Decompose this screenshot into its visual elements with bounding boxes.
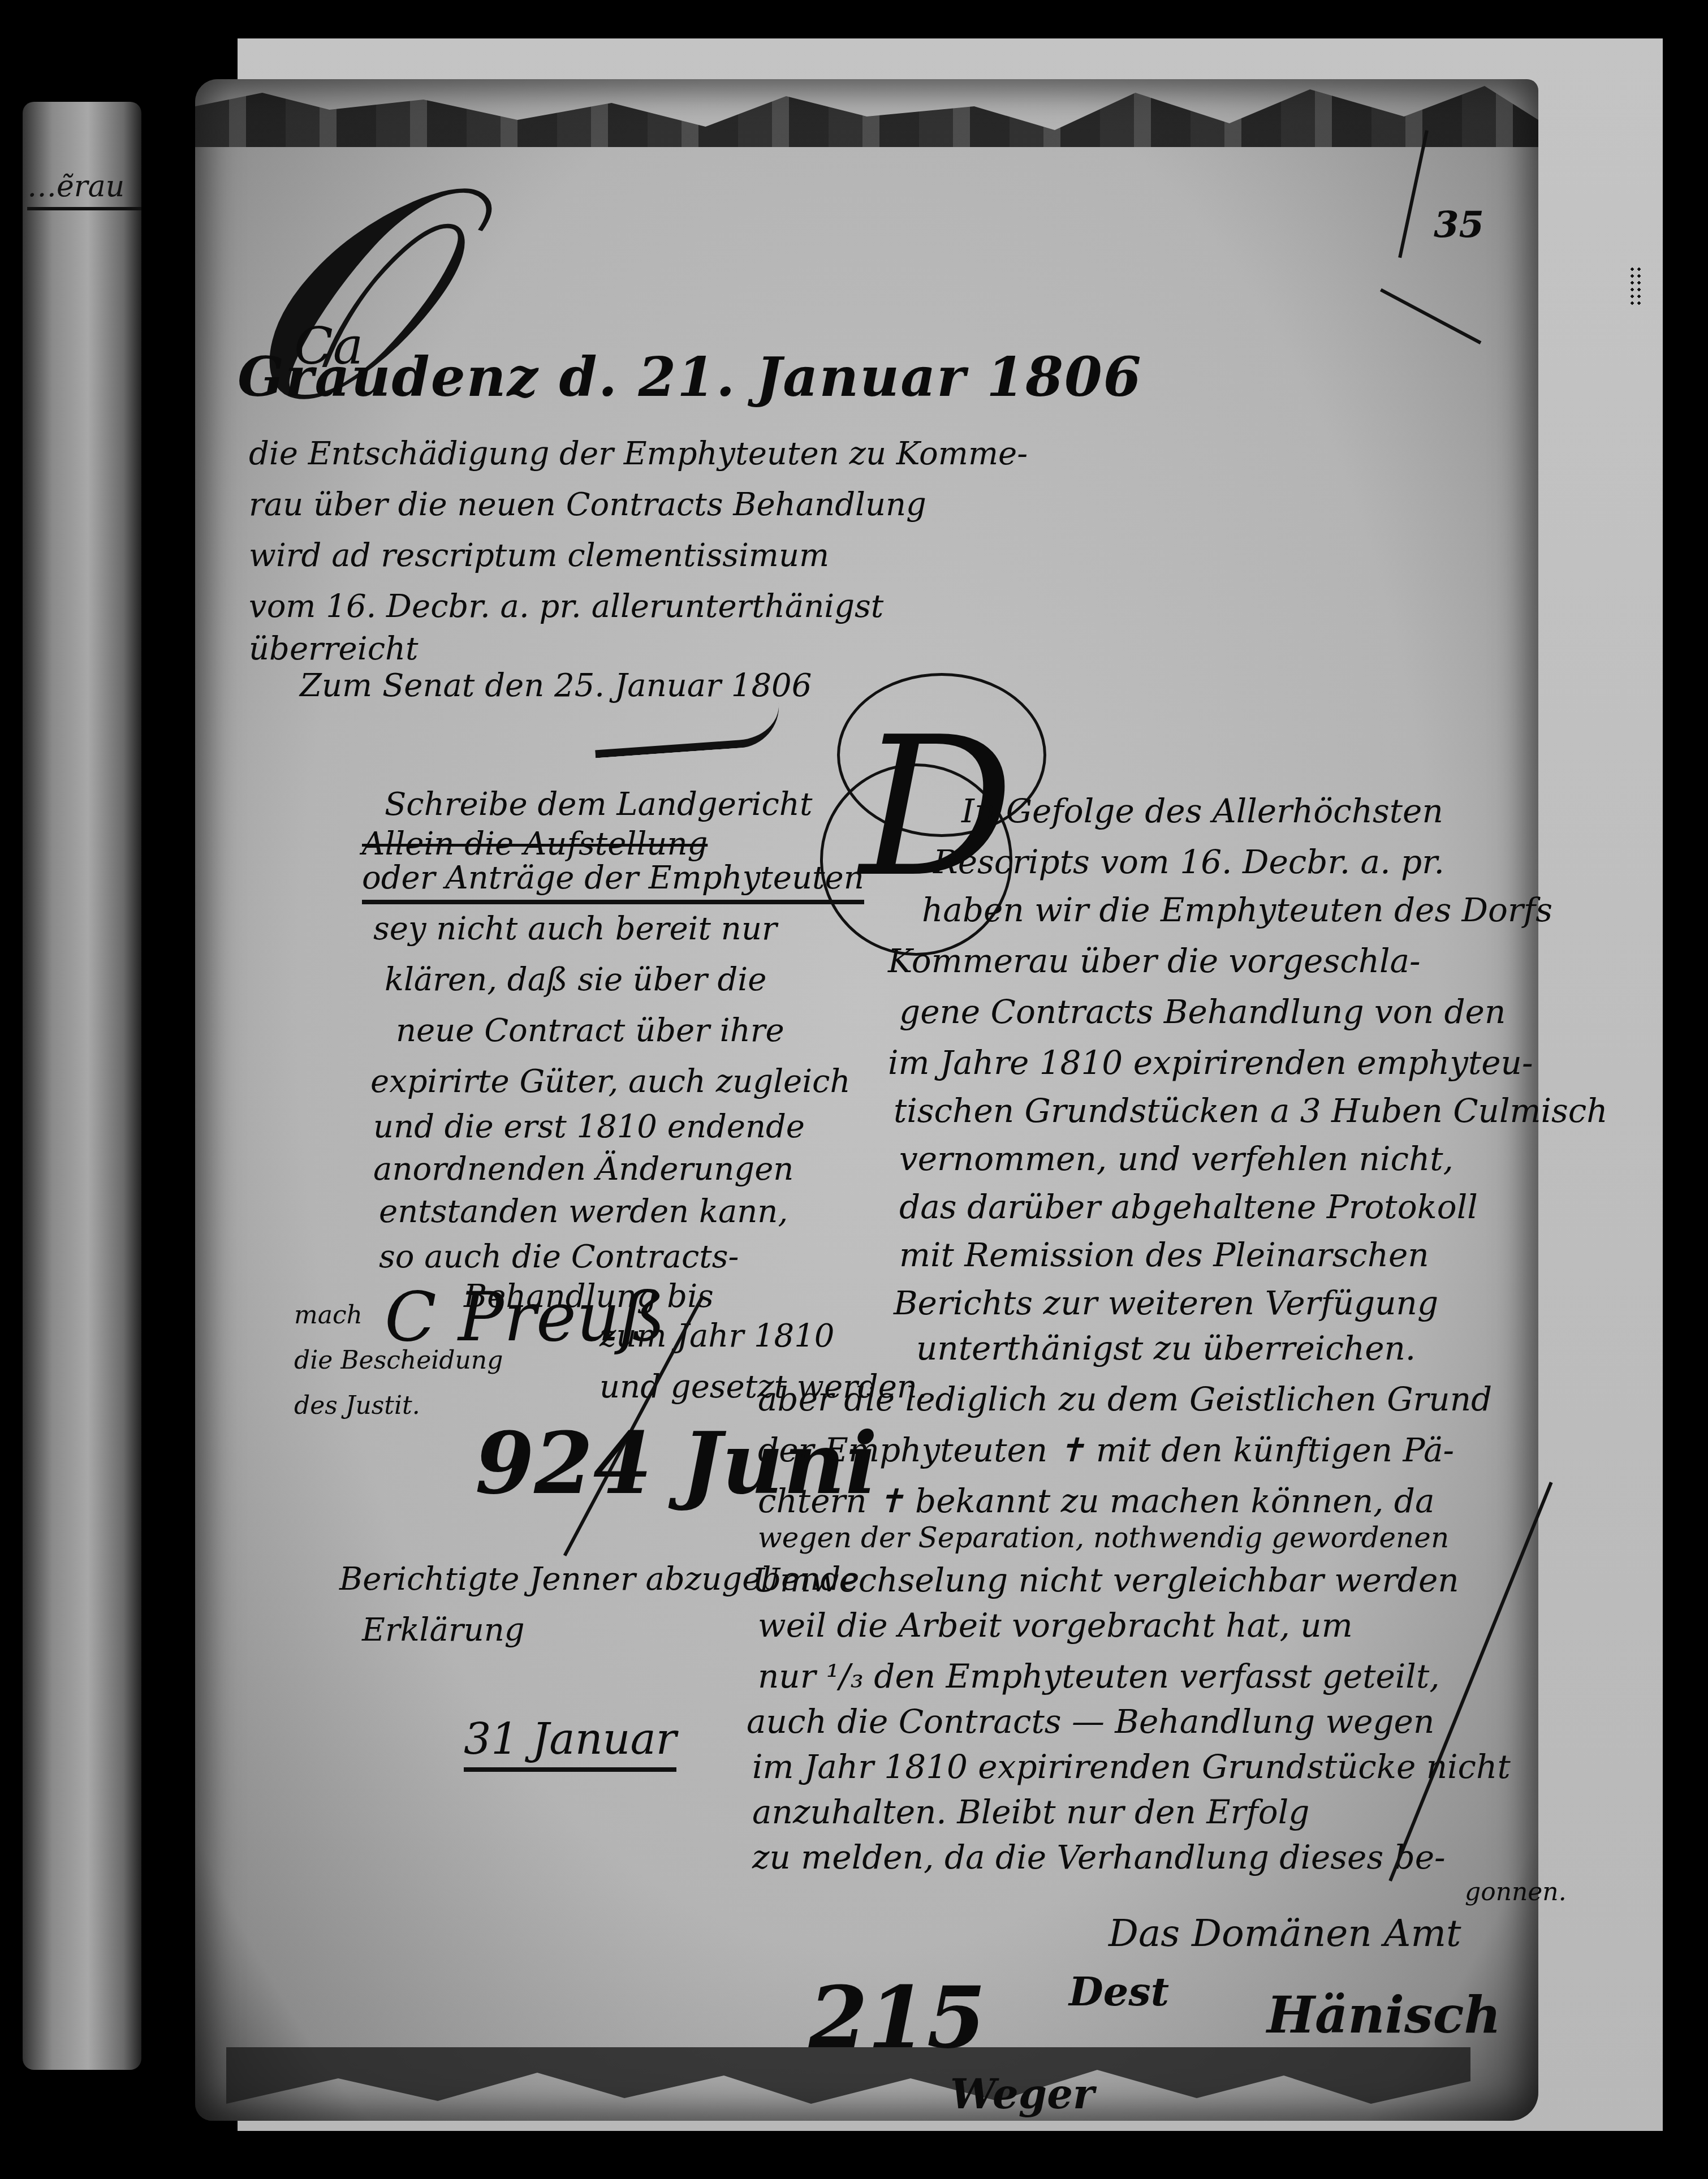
- right-line: im Jahre 1810 expirirenden emphyteu-: [888, 1043, 1533, 1082]
- left-line: anordnenden Änderungen: [373, 1151, 793, 1188]
- right-line: gene Contracts Behandlung von den: [899, 993, 1506, 1031]
- binding-label: …ẽrau: [27, 170, 141, 210]
- right-line: weil die Arbeit vorgebracht hat, um: [758, 1606, 1353, 1645]
- signature: Dest: [1069, 1968, 1169, 2015]
- right-line: Umwechselung nicht vergleichbar werden: [752, 1561, 1459, 1599]
- right-line: unterthänigst zu überreichen.: [916, 1329, 1416, 1367]
- signature-number: 215: [809, 1968, 986, 2068]
- margin-note: mach: [294, 1301, 363, 1330]
- subject-line: die Entschädigung der Emphyteuten zu Kom…: [249, 435, 1028, 472]
- left-line: neue Contract über ihre: [396, 1012, 784, 1049]
- right-line: haben wir die Emphyteuten des Dorfs: [922, 891, 1552, 929]
- subject-line: rau über die neuen Contracts Behandlung: [249, 486, 926, 523]
- received-line: Zum Senat den 25. Januar 1806: [300, 667, 812, 704]
- left-line: oder Anträge der Emphyteuten: [362, 860, 864, 896]
- right-line: der Emphyteuten ✝ mit den künftigen Pä-: [758, 1431, 1454, 1469]
- note-line: Erklärung: [362, 1612, 525, 1649]
- right-line: anzuhalten. Bleibt nur den Erfolg: [752, 1793, 1309, 1831]
- right-line: gonnen.: [1465, 1878, 1567, 1906]
- right-line: Kommerau über die vorgeschla-: [888, 942, 1421, 980]
- place-date-heading: Graudenz d. 21. Januar 1806: [238, 345, 1142, 409]
- right-line: im Jahr 1810 expirirenden Grundstücke ni…: [752, 1747, 1511, 1786]
- left-line: entstanden werden kann,: [379, 1193, 788, 1230]
- left-line: so auch die Contracts-: [379, 1239, 739, 1275]
- subject-line: überreicht: [249, 631, 419, 667]
- right-line: wegen der Separation, nothwendig geworde…: [758, 1521, 1449, 1554]
- closing-line: Das Domänen Amt: [1109, 1912, 1461, 1955]
- ink-speckle: [1629, 266, 1642, 305]
- signature: Hänisch: [1267, 1985, 1501, 2045]
- right-line: mit Remission des Pleinarschen: [899, 1236, 1429, 1274]
- folio-number: 35: [1434, 204, 1484, 246]
- margin-note: des Justit.: [294, 1391, 420, 1420]
- right-line: vernommen, und verfehlen nicht,: [899, 1140, 1453, 1178]
- right-line: In Gefolge des Allerhöchsten: [961, 792, 1443, 830]
- subject-line: wird ad rescriptum clementissimum: [249, 537, 829, 574]
- right-line: Rescripts vom 16. Decbr. a. pr.: [933, 843, 1444, 881]
- left-line: sey nicht auch bereit nur: [373, 911, 777, 947]
- right-line: zu melden, da die Verhandlung dieses be-: [752, 1838, 1446, 1876]
- left-line: klären, daß sie über die: [385, 961, 766, 998]
- right-line: Berichts zur weiteren Verfügung: [894, 1284, 1438, 1322]
- right-line: tischen Grundstücken a 3 Huben Culmisch: [894, 1091, 1608, 1130]
- left-line: und die erst 1810 endende: [373, 1108, 805, 1145]
- right-line: das darüber abgehaltene Protokoll: [899, 1188, 1478, 1226]
- right-line: nur ¹/₃ den Emphyteuten verfasst geteilt…: [758, 1657, 1440, 1695]
- right-line: auch die Contracts — Behandlung wegen: [747, 1702, 1434, 1741]
- margin-note: die Bescheidung: [294, 1346, 503, 1375]
- right-line: chtern ✝ bekannt zu machen können, da: [758, 1482, 1435, 1520]
- left-line: Schreibe dem Landgericht: [385, 786, 812, 823]
- left-line: expirirte Güter, auch zugleich: [370, 1063, 851, 1100]
- binding-strip: [23, 102, 141, 2070]
- signature: Weger: [950, 2070, 1094, 2118]
- left-line: Allein die Aufstellung: [362, 826, 708, 862]
- right-line: aber die lediglich zu dem Geistlichen Gr…: [758, 1380, 1492, 1418]
- subject-line: vom 16. Decbr. a. pr. allerunterthänigst: [249, 588, 883, 625]
- underlined-date: 31 Januar: [464, 1714, 676, 1764]
- signature-mark: C Preuß: [385, 1278, 666, 1357]
